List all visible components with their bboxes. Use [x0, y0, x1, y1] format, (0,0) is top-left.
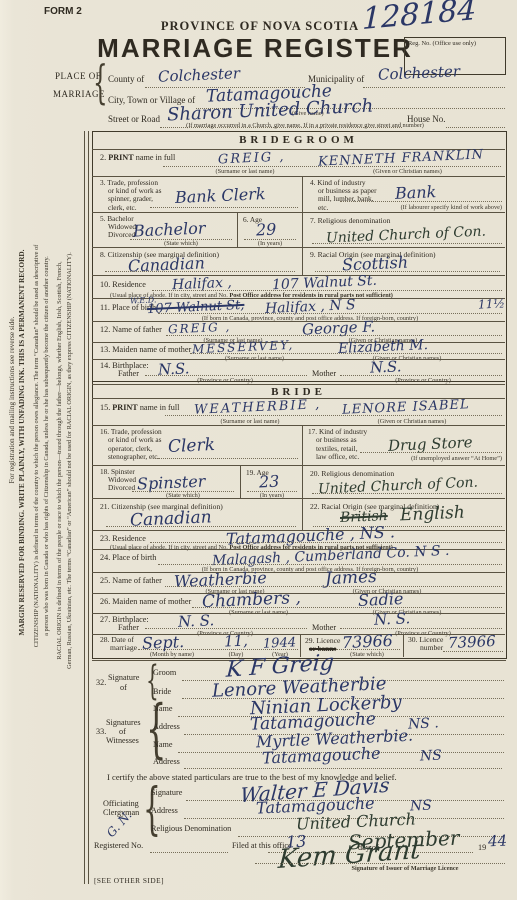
bride-age-value: 23 — [259, 474, 280, 491]
groom-industry-line — [340, 201, 502, 202]
bride-industry-line — [360, 452, 502, 453]
rule — [237, 212, 238, 247]
groom-age-value: 29 — [256, 222, 277, 239]
bride-father-label: 25. Name of father — [100, 576, 162, 585]
groom-mother-given-sub: (Given or Christian names) — [332, 355, 482, 362]
groom-name-num: 2. — [100, 153, 106, 162]
groom-residence-label: 10. Residence — [100, 280, 146, 289]
groom-trade-line — [150, 207, 298, 208]
bride-industry-note: (If unemployed answer “At Home”) — [310, 455, 502, 462]
bride-trade-label: 16. Trade, professionor kind of work as … — [100, 428, 162, 462]
clergy-label-1: Officiating — [103, 799, 139, 808]
witness2-address-line — [184, 768, 502, 769]
groom-birthplace-father-label: Father — [118, 369, 139, 378]
form-number-label: FORM 2 — [44, 6, 82, 17]
reg-no-box-label: Reg. No. (Office use only) — [408, 40, 476, 47]
issuer-caption: Signature of Issuer of Marriage Licence — [300, 865, 510, 872]
groom-surname-sub: (Surname or last name) — [175, 168, 315, 175]
marriage-month-sub: (Month by name) — [136, 651, 208, 658]
bride-birthplace-label: 24. Place of birth — [100, 553, 156, 562]
clergy-sig-label: Signature — [151, 788, 182, 797]
filed-year-value: 44 — [488, 834, 508, 850]
witness1-name-label: Name — [153, 704, 173, 713]
margin-note-binding: MARGIN RESERVED FOR BINDING. WRITE PLAIN… — [18, 170, 25, 715]
rule — [92, 381, 505, 382]
rule — [403, 634, 404, 657]
rule — [240, 465, 241, 498]
groom-mother-surname-sub: (Surname or last name) — [192, 355, 317, 362]
bride-trade-value: Clerk — [168, 437, 216, 456]
groom-status-label: 5. BachelorWidowed Divorced — [100, 215, 136, 239]
witness2-prov-value: NS — [420, 749, 442, 764]
groom-bf-sub: (Province or Country) — [150, 377, 300, 384]
sig-row-num: 32. — [96, 678, 106, 687]
bride-racial-origin-value: English — [400, 505, 465, 525]
groom-trade-value: Bank Clerk — [175, 186, 266, 206]
street-note: (If marriage occurred in a Church, give … — [110, 122, 500, 129]
clergy-address-label: Address — [151, 806, 178, 815]
licence-number-value: 73966 — [448, 634, 496, 651]
rule — [92, 613, 505, 614]
groom-status-value: Bachelor — [133, 220, 206, 239]
groom-name-label: 2. PRINT name in full — [100, 153, 175, 162]
bride-trade-line — [155, 458, 298, 459]
binding-rule-outer — [84, 131, 85, 884]
place-brace: { — [93, 62, 108, 103]
marriage-day-value: 11, — [224, 633, 248, 649]
bride-mother-label: 26. Maiden name of mother — [100, 597, 191, 606]
registered-no-line — [150, 852, 228, 853]
marriage-register-document: For registration and mailing instruction… — [0, 0, 517, 900]
margin-note-registration: For registration and mailing instruction… — [8, 165, 15, 635]
licence-number-label: 30. Licencenumber — [408, 636, 443, 653]
marriage-date-label: 28. Date ofmarriage — [100, 636, 137, 653]
witness-row-label-1: Signatures — [106, 718, 141, 727]
groom-father-surname: GREIG , — [168, 321, 232, 336]
street-value: Sharon United Church — [167, 98, 374, 125]
rule — [92, 321, 505, 322]
groom-birthplace-mother-label: Mother — [312, 369, 336, 378]
year-preprint: 19 — [478, 843, 486, 852]
registered-no-label: Registered No. — [94, 841, 143, 850]
bride-status-value: Spinster — [137, 474, 206, 493]
sig-row-label-1: Signature — [108, 673, 139, 682]
province-heading: PROVINCE OF NOVA SCOTIA — [120, 19, 400, 34]
groom-birthplace-mark: 11½ — [478, 297, 505, 310]
rule — [302, 212, 303, 247]
bridegroom-heading: BRIDEGROOM — [92, 134, 505, 146]
groom-given-sub: (Given or Christian names) — [330, 168, 485, 175]
rule — [92, 572, 505, 573]
county-label: County of — [108, 74, 144, 84]
rule — [302, 247, 303, 275]
rule — [302, 425, 303, 465]
groom-sig-label: Groom — [153, 668, 176, 677]
groom-age-sub: (In years) — [244, 240, 296, 247]
rule — [92, 342, 505, 343]
groom-name-bold: PRINT — [108, 153, 133, 162]
witness-row-label-2: of — [119, 727, 126, 736]
rule — [92, 247, 505, 248]
rule — [92, 425, 505, 426]
bride-given-sub: (Given or Christian names) — [332, 418, 492, 425]
rule — [92, 465, 505, 466]
rule — [92, 212, 505, 213]
witness-row-label-3: Witnesses — [106, 736, 139, 745]
groom-citizenship-line — [105, 271, 295, 272]
rule — [92, 359, 505, 360]
margin-note-racial-origin-2: German, Russian, Ukrainian, etc. The ter… — [67, 133, 73, 788]
bride-mother-surname-sub: (Surname or last name) — [196, 609, 321, 616]
bride-residence-label: 23. Residence — [100, 534, 146, 543]
rule — [302, 498, 303, 530]
bride-surname-sub: (Surname or last name) — [180, 418, 320, 425]
rule — [92, 498, 505, 499]
clergy-denomination-label: Religious Denomination — [151, 824, 231, 833]
margin-note-citizenship-1: CITIZENSHIP (NATIONALITY) is defined in … — [34, 140, 40, 752]
see-other-side-label: [SEE OTHER SIDE] — [94, 876, 164, 885]
witness2-address-label: Address — [153, 757, 180, 766]
groom-religion-line — [312, 243, 502, 244]
bride-religion-line — [312, 493, 502, 494]
county-value: Colchester — [158, 66, 241, 85]
witness2-name-label: Name — [153, 740, 173, 749]
bride-birthplace-mother-value: N. S. — [374, 611, 411, 628]
groom-industry-note: (If labourer specify kind of work above) — [310, 204, 502, 211]
witness-row-num: 33. — [96, 727, 106, 736]
groom-religion-label: 7. Religious denomination — [310, 216, 390, 225]
rule — [302, 176, 303, 212]
groom-bm-sub: (Province or Country) — [348, 377, 498, 384]
bride-heading: BRIDE — [92, 386, 505, 398]
rule — [302, 465, 303, 498]
margin-note-racial-origin-1: RACIAL ORIGIN is defined in terms of the… — [57, 133, 63, 788]
bride-status-label: 18. SpinsterWidowed Divorced — [100, 468, 136, 492]
sig-row-label-2: of — [120, 683, 127, 692]
binding-rule-inner — [88, 131, 89, 884]
bride-name-label: 15. PRINT name in full — [100, 403, 179, 412]
groom-birthplace-mother-value: N.S. — [370, 359, 402, 375]
groom-racial-origin-line — [315, 271, 500, 272]
municipality-line — [363, 87, 505, 88]
serial-number-handwritten: 128184 — [362, 0, 477, 35]
margin-note-citizenship-2: a person who was born in Canada or who h… — [44, 140, 50, 752]
issuer-signature-line — [255, 863, 505, 864]
licence-sub: (State which) — [334, 651, 400, 658]
witness1-address-label: Address — [153, 722, 180, 731]
bride-birthplace-father-label: Father — [118, 623, 139, 632]
groom-mother-label: 13. Maiden name of mother — [100, 345, 191, 354]
groom-status-sub: (State which) — [135, 240, 227, 247]
municipality-value: Colchester — [378, 64, 461, 83]
rule — [92, 176, 505, 177]
groom-surname-value: GREIG , — [218, 151, 286, 167]
witness2-address-value: Tatamagouche — [262, 745, 381, 766]
licence-number-line — [443, 651, 503, 652]
groom-industry-value: Bank — [395, 184, 437, 202]
groom-father-label: 12. Name of father — [100, 325, 162, 334]
bride-religion-label: 20. Religious denomination — [310, 469, 394, 478]
bride-birthplace-mother-label: Mother — [312, 623, 336, 632]
document-title: MARRIAGE REGISTER — [85, 33, 425, 64]
groom-name-rest: name in full — [134, 153, 176, 162]
